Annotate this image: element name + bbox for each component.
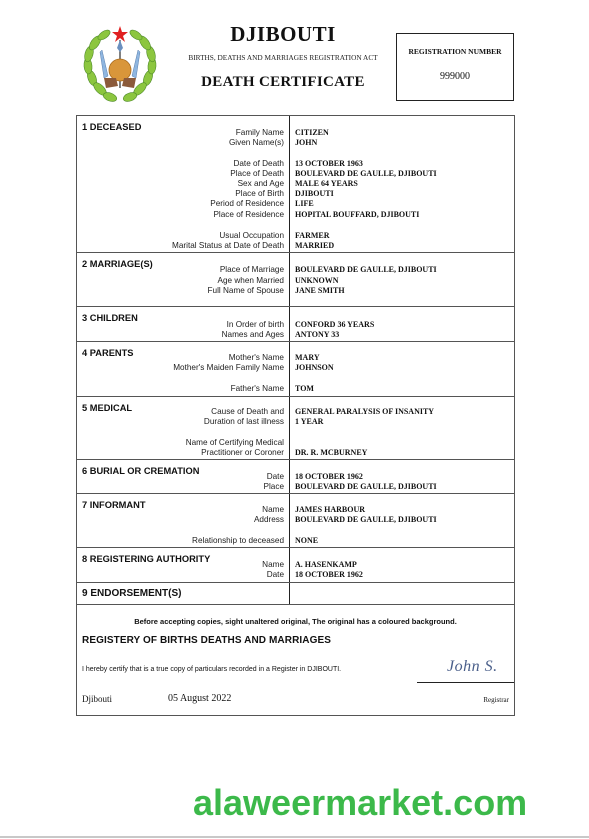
field-label: Address: [254, 515, 284, 525]
field-value: ANTONY 33: [295, 330, 339, 340]
issue-date: 05 August 2022: [168, 693, 231, 704]
field-value: JAMES HARBOUR: [295, 505, 365, 515]
section-title: 1 DECEASED: [82, 122, 141, 132]
issue-place: Djibouti: [82, 694, 112, 704]
field-label: Full Name of Spouse: [208, 286, 284, 296]
djibouti-coat-of-arms-icon: [78, 22, 162, 106]
registration-number-value: 999000: [397, 71, 513, 82]
section-endorsements: 9 ENDORSEMENT(S): [77, 583, 514, 605]
field-value: DJIBOUTI: [295, 189, 334, 199]
field-label: Practitioner or Coroner: [201, 448, 284, 458]
column-divider: [289, 548, 290, 582]
field-label: Date of Death: [233, 159, 284, 169]
section-registering-authority: 8 REGISTERING AUTHORITY Name A. HASENKAM…: [77, 548, 514, 583]
section-title: 2 MARRIAGE(S): [82, 259, 153, 269]
country-name: DJIBOUTI: [170, 22, 396, 46]
section-title: 3 CHILDREN: [82, 313, 138, 323]
field-label: Relationship to deceased: [192, 536, 284, 546]
column-divider: [289, 253, 290, 306]
section-title: 4 PARENTS: [82, 348, 134, 358]
field-label: Date: [267, 472, 284, 482]
section-informant: 7 INFORMANT Name JAMES HARBOUR Address B…: [77, 494, 514, 548]
field-label: Place of Death: [230, 169, 284, 179]
field-value: CONFORD 36 YEARS: [295, 320, 374, 330]
field-value: BOULEVARD DE GAULLE, DJIBOUTI: [295, 169, 437, 179]
field-label: Cause of Death and: [211, 407, 284, 417]
registration-act: BIRTHS, DEATHS AND MARRIAGES REGISTRATIO…: [170, 53, 396, 62]
bottom-divider: [0, 836, 589, 838]
field-label: Name: [262, 560, 284, 570]
field-value: A. HASENKAMP: [295, 560, 357, 570]
signature-line: [417, 682, 514, 683]
field-label: Given Name(s): [229, 138, 284, 148]
section-title: 6 BURIAL OR CREMATION: [82, 466, 199, 476]
registrar-label: Registrar: [483, 696, 509, 704]
field-label: Name of Certifying Medical: [186, 438, 284, 448]
field-value: JOHNSON: [295, 363, 334, 373]
field-value: JOHN: [295, 138, 317, 148]
field-value: 18 OCTOBER 1962: [295, 570, 363, 580]
certificate-header: DJIBOUTI BIRTHS, DEATHS AND MARRIAGES RE…: [170, 22, 396, 91]
field-label: Period of Residence: [210, 199, 284, 209]
field-label: Name: [262, 505, 284, 515]
watermark-text: alaweermarket.com: [193, 782, 527, 824]
field-label: Age when Married: [218, 276, 284, 286]
field-label: Family Name: [236, 128, 284, 138]
field-value: CITIZEN: [295, 128, 329, 138]
field-value: 13 OCTOBER 1963: [295, 159, 363, 169]
field-label: Names and Ages: [222, 330, 284, 340]
registry-name: REGISTERY OF BIRTHS DEATHS AND MARRIAGES: [82, 635, 331, 646]
section-title: 7 INFORMANT: [82, 500, 146, 510]
field-value: GENERAL PARALYSIS OF INSANITY: [295, 407, 434, 417]
field-label: Usual Occupation: [219, 231, 284, 241]
field-value: BOULEVARD DE GAULLE, DJIBOUTI: [295, 515, 437, 525]
field-value: HOPITAL BOUFFARD, DJIBOUTI: [295, 210, 419, 220]
section-children: 3 CHILDREN In Order of birth CONFORD 36 …: [77, 307, 514, 342]
field-label: Place of Birth: [235, 189, 284, 199]
field-value: UNKNOWN: [295, 276, 339, 286]
certificate-footer: Before accepting copies, sight unaltered…: [77, 605, 514, 715]
field-label: Father's Name: [231, 384, 284, 394]
field-label: Mother's Maiden Family Name: [173, 363, 284, 373]
field-value: MARY: [295, 353, 320, 363]
field-label: Marital Status at Date of Death: [172, 241, 284, 251]
field-value: LIFE: [295, 199, 314, 209]
column-divider: [289, 116, 290, 252]
column-divider: [289, 342, 290, 396]
copy-notice: Before accepting copies, sight unaltered…: [77, 617, 514, 626]
section-title: 8 REGISTERING AUTHORITY: [82, 554, 210, 564]
section-title: 9 ENDORSEMENT(S): [82, 588, 181, 599]
field-label: Date: [267, 570, 284, 580]
field-value: JANE SMITH: [295, 286, 345, 296]
registration-number-label: REGISTRATION NUMBER: [397, 47, 513, 56]
certificate-title: DEATH CERTIFICATE: [170, 74, 396, 91]
column-divider: [289, 307, 290, 341]
field-label: Place of Marriage: [220, 265, 284, 275]
field-label: Place: [264, 482, 284, 492]
field-value: FARMER: [295, 231, 330, 241]
column-divider: [289, 494, 290, 547]
column-divider: [289, 583, 290, 604]
section-parents: 4 PARENTS Mother's Name MARY Mother's Ma…: [77, 342, 514, 397]
section-title: 5 MEDICAL: [82, 403, 132, 413]
certificate-table: 1 DECEASED Family Name CITIZEN Given Nam…: [76, 115, 515, 716]
field-value: BOULEVARD DE GAULLE, DJIBOUTI: [295, 482, 437, 492]
field-value: 1 YEAR: [295, 417, 323, 427]
field-value: MALE 64 YEARS: [295, 179, 358, 189]
column-divider: [289, 397, 290, 459]
field-label: Sex and Age: [238, 179, 284, 189]
field-label: Mother's Name: [229, 353, 284, 363]
section-burial: 6 BURIAL OR CREMATION Date 18 OCTOBER 19…: [77, 460, 514, 494]
field-value: MARRIED: [295, 241, 334, 251]
field-label: In Order of birth: [227, 320, 284, 330]
field-value: NONE: [295, 536, 318, 546]
field-label: Duration of last illness: [204, 417, 284, 427]
section-medical: 5 MEDICAL Cause of Death and GENERAL PAR…: [77, 397, 514, 460]
field-value: BOULEVARD DE GAULLE, DJIBOUTI: [295, 265, 437, 275]
certification-statement: I hereby certify that is a true copy of …: [82, 665, 372, 674]
field-label: Place of Residence: [213, 210, 284, 220]
section-marriages: 2 MARRIAGE(S) Place of Marriage BOULEVAR…: [77, 253, 514, 307]
field-value: TOM: [295, 384, 314, 394]
registration-number-box: REGISTRATION NUMBER 999000: [396, 33, 514, 101]
registrar-signature: John S.: [447, 658, 498, 676]
field-value: 18 OCTOBER 1962: [295, 472, 363, 482]
field-value: DR. R. MCBURNEY: [295, 448, 367, 458]
section-deceased: 1 DECEASED Family Name CITIZEN Given Nam…: [77, 116, 514, 253]
column-divider: [289, 460, 290, 493]
